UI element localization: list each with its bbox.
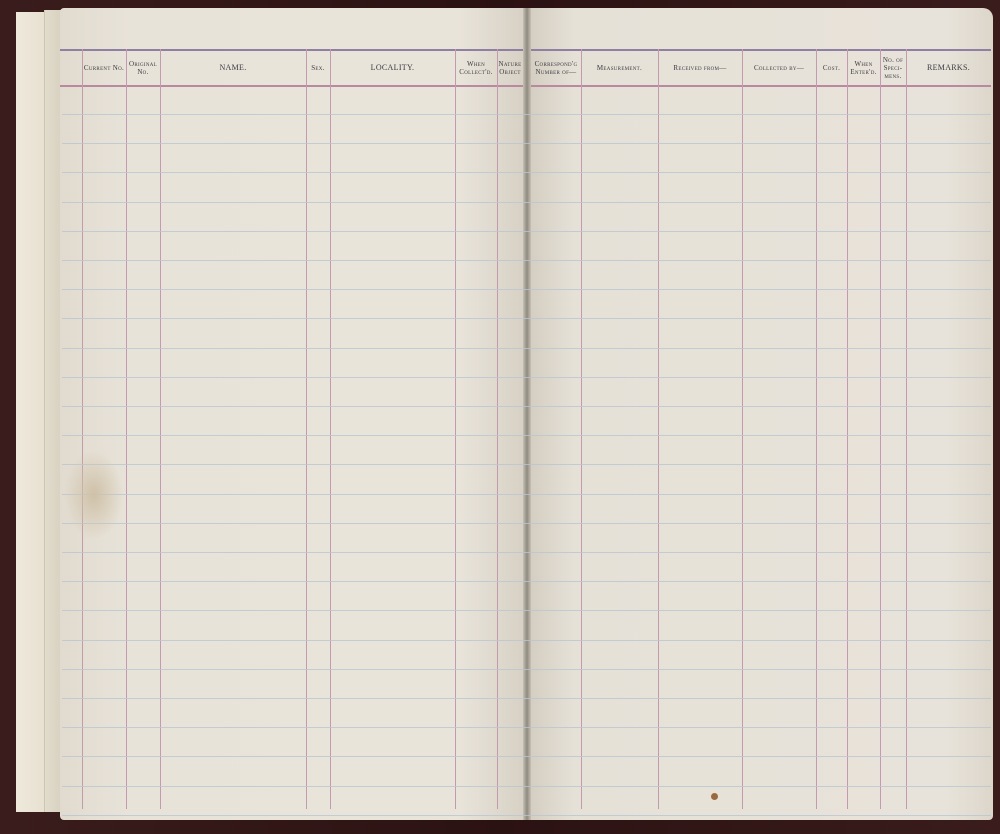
ruled-line [62, 202, 991, 203]
ruled-line [62, 172, 991, 173]
header-correspondence: Correspond'g Number of— [531, 51, 581, 85]
ruled-line [62, 610, 991, 611]
header-measurement: Measurement. [581, 51, 658, 85]
ruled-line [62, 289, 991, 290]
header-received-from: Received from— [658, 51, 742, 85]
ruled-line [62, 786, 991, 787]
header-nature-object: Nature Object [497, 51, 523, 85]
header-remarks: REMARKS. [906, 51, 991, 85]
header-current-no: Current No. [82, 51, 126, 85]
ruled-line [62, 523, 991, 524]
header-cost: Cost. [816, 51, 847, 85]
ruled-line [62, 494, 991, 495]
ruled-line [62, 640, 991, 641]
ruled-line [62, 552, 991, 553]
header-locality: LOCALITY. [330, 51, 455, 85]
ruled-line [62, 815, 991, 816]
ruled-line [62, 727, 991, 728]
ruled-line [62, 114, 991, 115]
header-original-no: Original No. [126, 51, 160, 85]
ruled-line [62, 756, 991, 757]
header-no-specimens: No. of Speci-mens. [880, 51, 906, 85]
ruled-line [62, 318, 991, 319]
header-name: NAME. [160, 51, 306, 85]
ruled-line [62, 669, 991, 670]
header-collected-by: Collected by— [742, 51, 816, 85]
header-when-entered: When Enter'd. [847, 51, 880, 85]
ink-spot [711, 793, 718, 800]
ruled-line [62, 260, 991, 261]
ruled-line [62, 698, 991, 699]
water-stain [64, 450, 124, 540]
ruled-line [62, 406, 991, 407]
ruled-line [62, 231, 991, 232]
ruled-line [62, 435, 991, 436]
ruled-line [62, 464, 991, 465]
ruled-line [62, 348, 991, 349]
ruled-line [62, 377, 991, 378]
ruled-line [62, 581, 991, 582]
ruled-line [62, 143, 991, 144]
header-when-collected: When Collect'd. [455, 51, 497, 85]
header-sex: Sex. [306, 51, 330, 85]
